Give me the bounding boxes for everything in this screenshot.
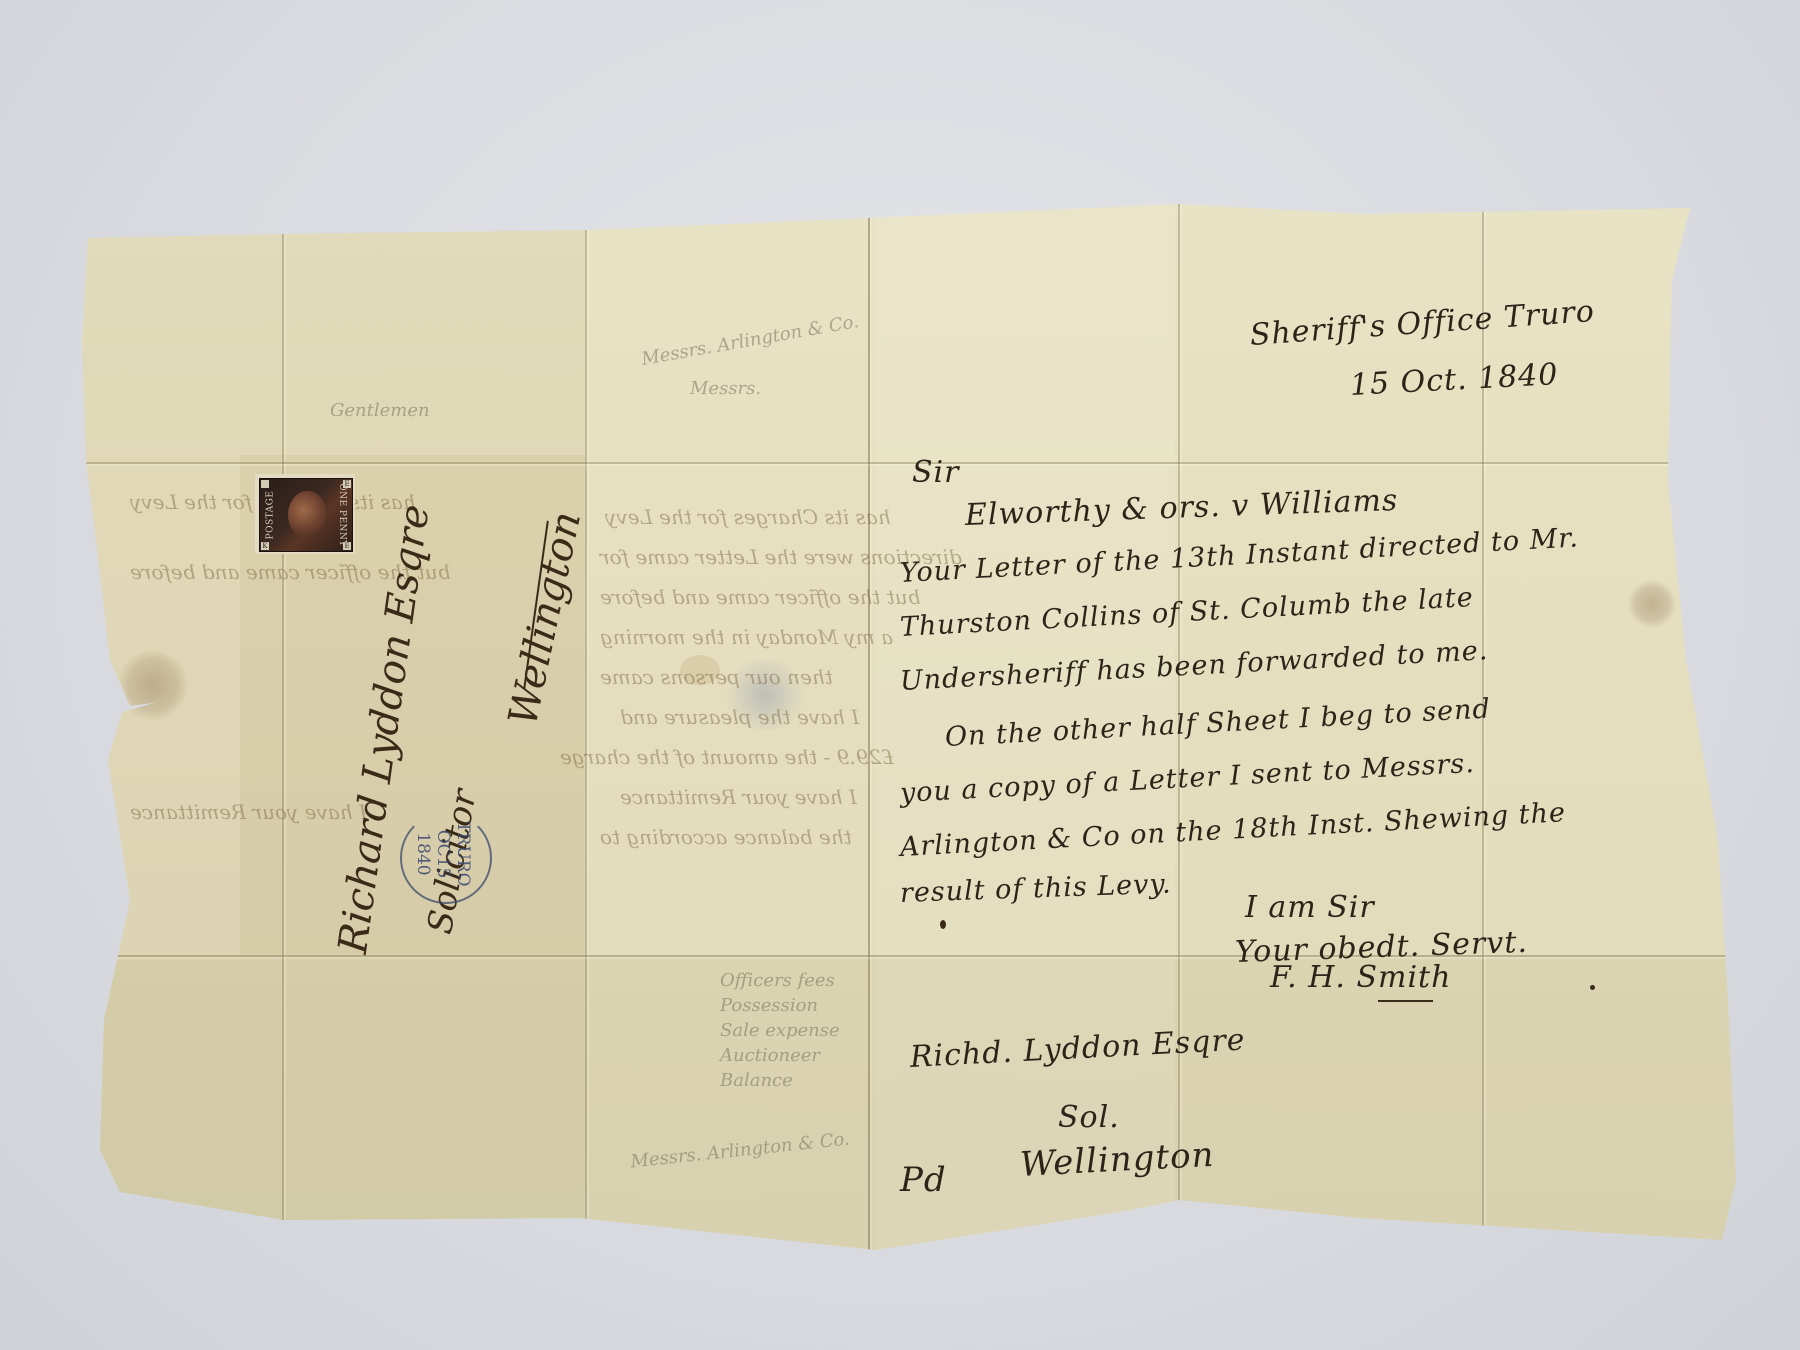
truro-postmark: TRURO OC15 1840 [413,799,473,909]
letter-closing: I am Sir [1245,890,1375,925]
faint-note: Auctioneer [720,1045,820,1066]
faint-note: Sale expense [720,1020,840,1041]
addressee-line-2: Sol. [1058,1100,1120,1135]
ghost-line: I have your Remittance [130,800,367,824]
queen-victoria-portrait [288,491,326,539]
ghost-line: £29.9 - the amount of the charge [560,745,894,769]
fold-line [585,228,587,1223]
faint-note: Possession [720,995,818,1016]
stamp-postage-text: POSTAGE [265,491,275,540]
faint-note: Messrs. [690,378,761,399]
fold-line [868,215,870,1250]
ghost-line: I have your Remittance [620,785,857,809]
faint-note: Officers fees [720,970,835,991]
ink-spot [940,920,946,929]
fold-line [80,462,1680,464]
wax-seal-mark [118,650,188,720]
postmark-date: OC15 [433,799,453,909]
penny-black-stamp: POSTAGE ONE PENNY E K E [255,474,355,554]
postmark-year: 1840 [413,799,433,909]
stamp-value-text: ONE PENNY [337,483,347,547]
stamp-corner-letter: K [261,542,269,550]
wax-seal-mark [1628,580,1676,628]
fold-line [282,230,284,1220]
signature-underline [1378,1000,1433,1002]
ghost-line: I have the pleasure and [620,705,859,729]
faint-note: Balance [720,1070,793,1091]
stamp-corner-ornament [261,480,269,488]
ghost-line: has its Charges for the Levy [605,505,891,529]
faint-note: Gentlemen [330,400,430,421]
ghost-line: the balance according to [600,825,852,849]
letter-salutation: Sir [912,455,960,490]
ghost-line: but the officer came and before [600,585,920,609]
stamp-corner-letter: E [343,542,351,550]
ghost-line: then our persons came [600,665,833,689]
letter-signature: F. H. Smith [1270,960,1451,995]
addressee-initials: Pd [900,1160,947,1200]
stamp-corner-letter: E [343,480,351,488]
ghost-line: a my Monday in the morning [600,625,893,649]
postmark-town: TRURO [453,799,473,909]
ink-spot [1590,985,1595,990]
